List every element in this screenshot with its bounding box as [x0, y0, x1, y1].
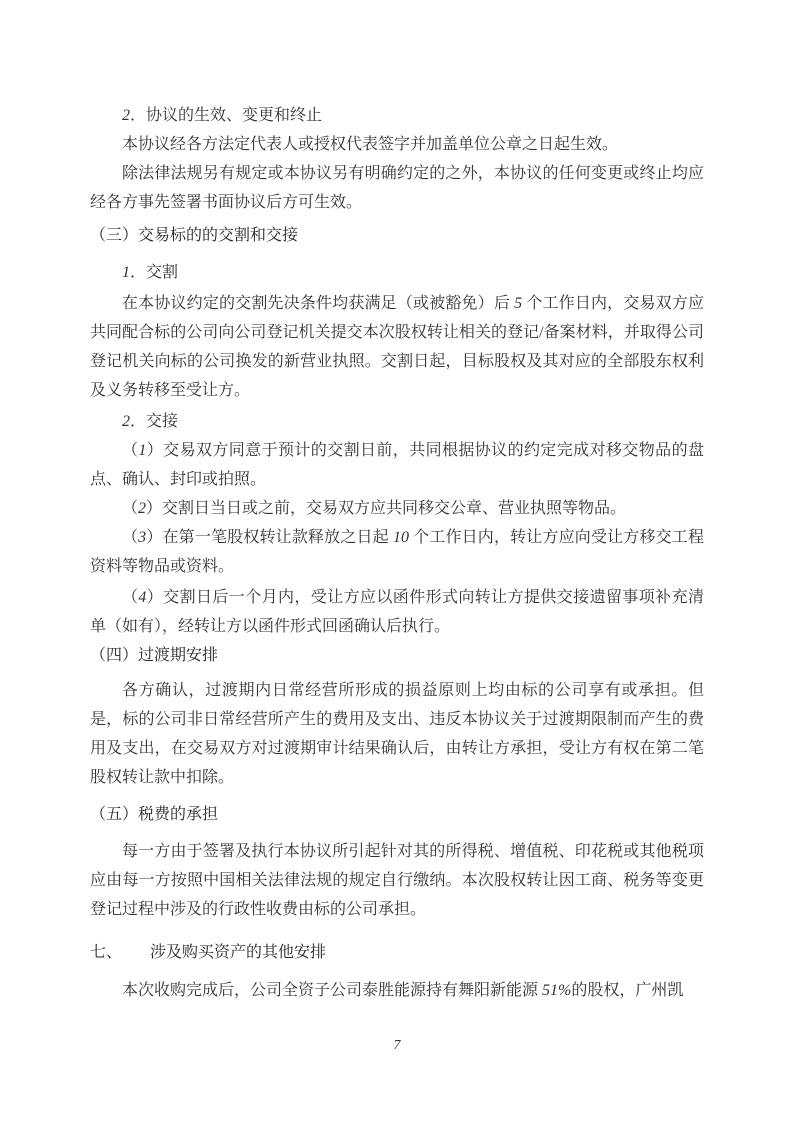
- paragraph-handover-item-4: （4）交割日后一个月内，受让方应以函件形式向转让方提供交接遗留事项补充清单（如有…: [90, 583, 704, 641]
- heading-other-arrangements: 七、涉及购买资产的其他安排: [90, 938, 704, 967]
- document-page: 2．协议的生效、变更和终止 本协议经各方法定代表人或授权代表签字并加盖单位公章之…: [0, 0, 794, 1123]
- paragraph-handover-item-1: （1）交易双方同意于预计的交割日前，共同根据协议的约定完成对移交物品的盘点、确认…: [90, 436, 704, 494]
- clause-2-title: 2．协议的生效、变更和终止: [90, 101, 704, 130]
- page-footer: 7: [0, 1036, 794, 1054]
- paragraph-amendment-termination: 除法律法规另有规定或本协议另有明确约定的之外，本协议的任何变更或终止均应经各方事…: [90, 159, 704, 217]
- subclause-handover-title: 2．交接: [90, 407, 704, 436]
- subclause-delivery-title: 1．交割: [90, 258, 704, 287]
- paragraph-handover-item-3: （3）在第一笔股权转让款释放之日起 10 个工作日内，转让方应向受让方移交工程资…: [90, 523, 704, 581]
- page-number: 7: [394, 1038, 401, 1053]
- heading-other-arrangements-title: 涉及购买资产的其他安排: [150, 944, 326, 961]
- paragraph-delivery: 在本协议约定的交割先决条件均获满足（或被豁免）后 5 个工作日内，交易双方应共同…: [90, 289, 704, 405]
- heading-tax-burden: （五）税费的承担: [90, 800, 704, 829]
- paragraph-tax-burden: 每一方由于签署及执行本协议所引起针对其的所得税、增值税、印花税或其他税项应由每一…: [90, 837, 704, 924]
- paragraph-effectiveness: 本协议经各方法定代表人或授权代表签字并加盖单位公章之日起生效。: [90, 130, 704, 159]
- document-body: 2．协议的生效、变更和终止 本协议经各方法定代表人或授权代表签字并加盖单位公章之…: [90, 101, 704, 1005]
- paragraph-handover-item-2: （2）交割日当日或之前，交易双方应共同移交公章、营业执照等物品。: [90, 494, 704, 523]
- paragraph-acquisition-result: 本次收购完成后，公司全资子公司泰胜能源持有舞阳新能源 51%的股权，广州凯: [90, 976, 704, 1005]
- paragraph-transition-period: 各方确认，过渡期内日常经营所形成的损益原则上均由标的公司享有或承担。但是，标的公…: [90, 676, 704, 792]
- heading-delivery-handover: （三）交易标的的交割和交接: [90, 221, 704, 250]
- heading-transition-period: （四）过渡期安排: [90, 641, 704, 670]
- heading-other-arrangements-number: 七、: [90, 944, 122, 961]
